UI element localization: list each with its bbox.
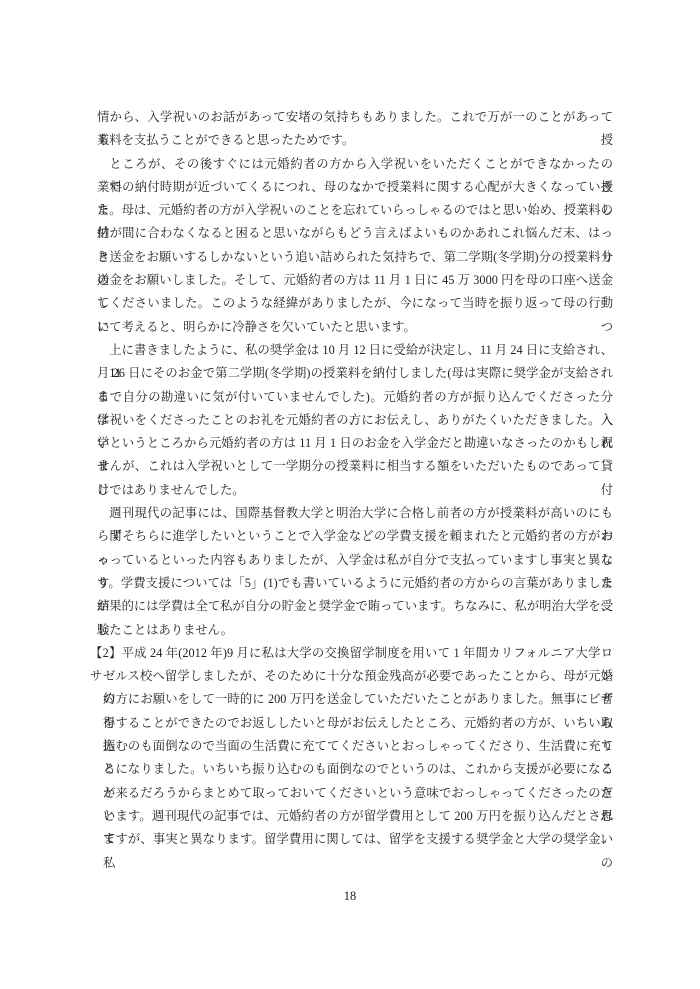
document-body: 情から、入学祝いのお話があって安堵の気持ちもありました。これで万が一のことがあっ…: [97, 106, 613, 852]
text-line: 込むのも面倒なので当面の生活費に充ててくださいとおっしゃってくださり、生活費に充…: [97, 735, 613, 758]
document-page: 情から、入学祝いのお話があって安堵の気持ちもありました。これで万が一のことがあっ…: [0, 0, 700, 989]
text-line: とになりました。いちいち振り込むのも面倒なのでというのは、これから支援が必要にな…: [97, 758, 613, 781]
text-line: まで自分の勘違いに気が付いていませんでした)。元婚約者の方が振り込んでくださった…: [97, 386, 613, 409]
text-line: の方にお願いをして一時的に 200 万円を送金していただいたことがありました。無…: [97, 688, 613, 711]
text-line: 結果的には学費は全て私が自分の貯金と奨学金で賄っています。ちなみに、私が明治大学…: [97, 595, 613, 618]
text-line: 得することができたのでお返ししたいと母がお伝えしたところ、元婚約者の方が、いちい…: [97, 712, 613, 735]
page-number: 18: [0, 889, 700, 904]
text-line: と送金をお願いするしかないという追い詰められた気持ちで、第二学期(冬学期)分の授…: [97, 246, 613, 269]
text-line: 週刊現代の記事には、国際基督教大学と明治大学に合格し前者の方が授業料が高いのにも…: [97, 502, 613, 525]
text-line: せんが、これは入学祝いとして一学期分の授業料に相当する額をいただいたものであって…: [97, 455, 613, 478]
text-line: います。週刊現代の記事では、元婚約者の方が留学費用として 200 万円を振り込ん…: [97, 805, 613, 828]
text-line: したことはありません。: [97, 619, 613, 642]
text-line: いというところから元婚約者の方は 11 月 1 日のお金を入学金だと勘違いなさっ…: [97, 432, 613, 455]
text-line: す。学費支援については「5」(1)でも書いているように元婚約者の方からの言葉があ…: [97, 572, 613, 595]
text-line: 付が間に合わなくなると困ると思いながらもどう言えばよいものかあれこれ悩んだ末、は…: [97, 222, 613, 245]
text-line: 学祝いをくださったことのお礼を元婚約者の方にお伝えし、ありがたくいただきました。…: [97, 409, 613, 432]
text-line: 上に書きましたように、私の奨学金は 10 月 12 日に受給が決定し、11 月 …: [97, 339, 613, 362]
text-line: た。母は、元婚約者の方が入学祝いのことを忘れていらっしゃるのではと思い始め、授業…: [97, 199, 613, 222]
text-line: 送金をお願いしました。そして、元婚約者の方は 11 月 1 日に 45 万 30…: [97, 269, 613, 292]
text-line: 情から、入学祝いのお話があって安堵の気持ちもありました。これで万が一のことがあっ…: [97, 106, 613, 129]
text-line: 月 26 日にそのお金で第二学期(冬学期)の授業料を納付しました(母は実際に奨学…: [97, 362, 613, 385]
text-line: ところが、その後すぐには元婚約者の方から入学祝いをいただくことができなかったので…: [97, 153, 613, 176]
text-line: 【2】平成 24 年(2012 年)9 月に私は大学の交換留学制度を用いて 1 …: [90, 642, 613, 665]
text-line: ゼルス校へ留学しましたが、そのために十分な預金残高が必要であったことから、母が元…: [97, 665, 613, 688]
text-line: が来るだろうからまとめて取っておいてくださいという意味でおっしゃってくださったの…: [97, 782, 613, 805]
text-line: ますが、事実と異なります。留学費用に関しては、留学を支援する奨学金と大学の奨学金…: [97, 828, 613, 851]
text-line: てくださいました。このような経緯がありましたが、今になって当時を振り返って母の行…: [97, 292, 613, 315]
text-line: 業料の納付時期が近づいてくるにつれ、母のなかで授業料に関する心配が大きくなってい…: [97, 176, 613, 199]
text-line: ゃっているといった内容もありましたが、入学金は私が自分で支払っていますし事実と異…: [97, 549, 613, 572]
text-line: らずそちらに進学したいということで入学金などの学費支援を頼まれたと元婚約者の方が…: [97, 525, 613, 548]
